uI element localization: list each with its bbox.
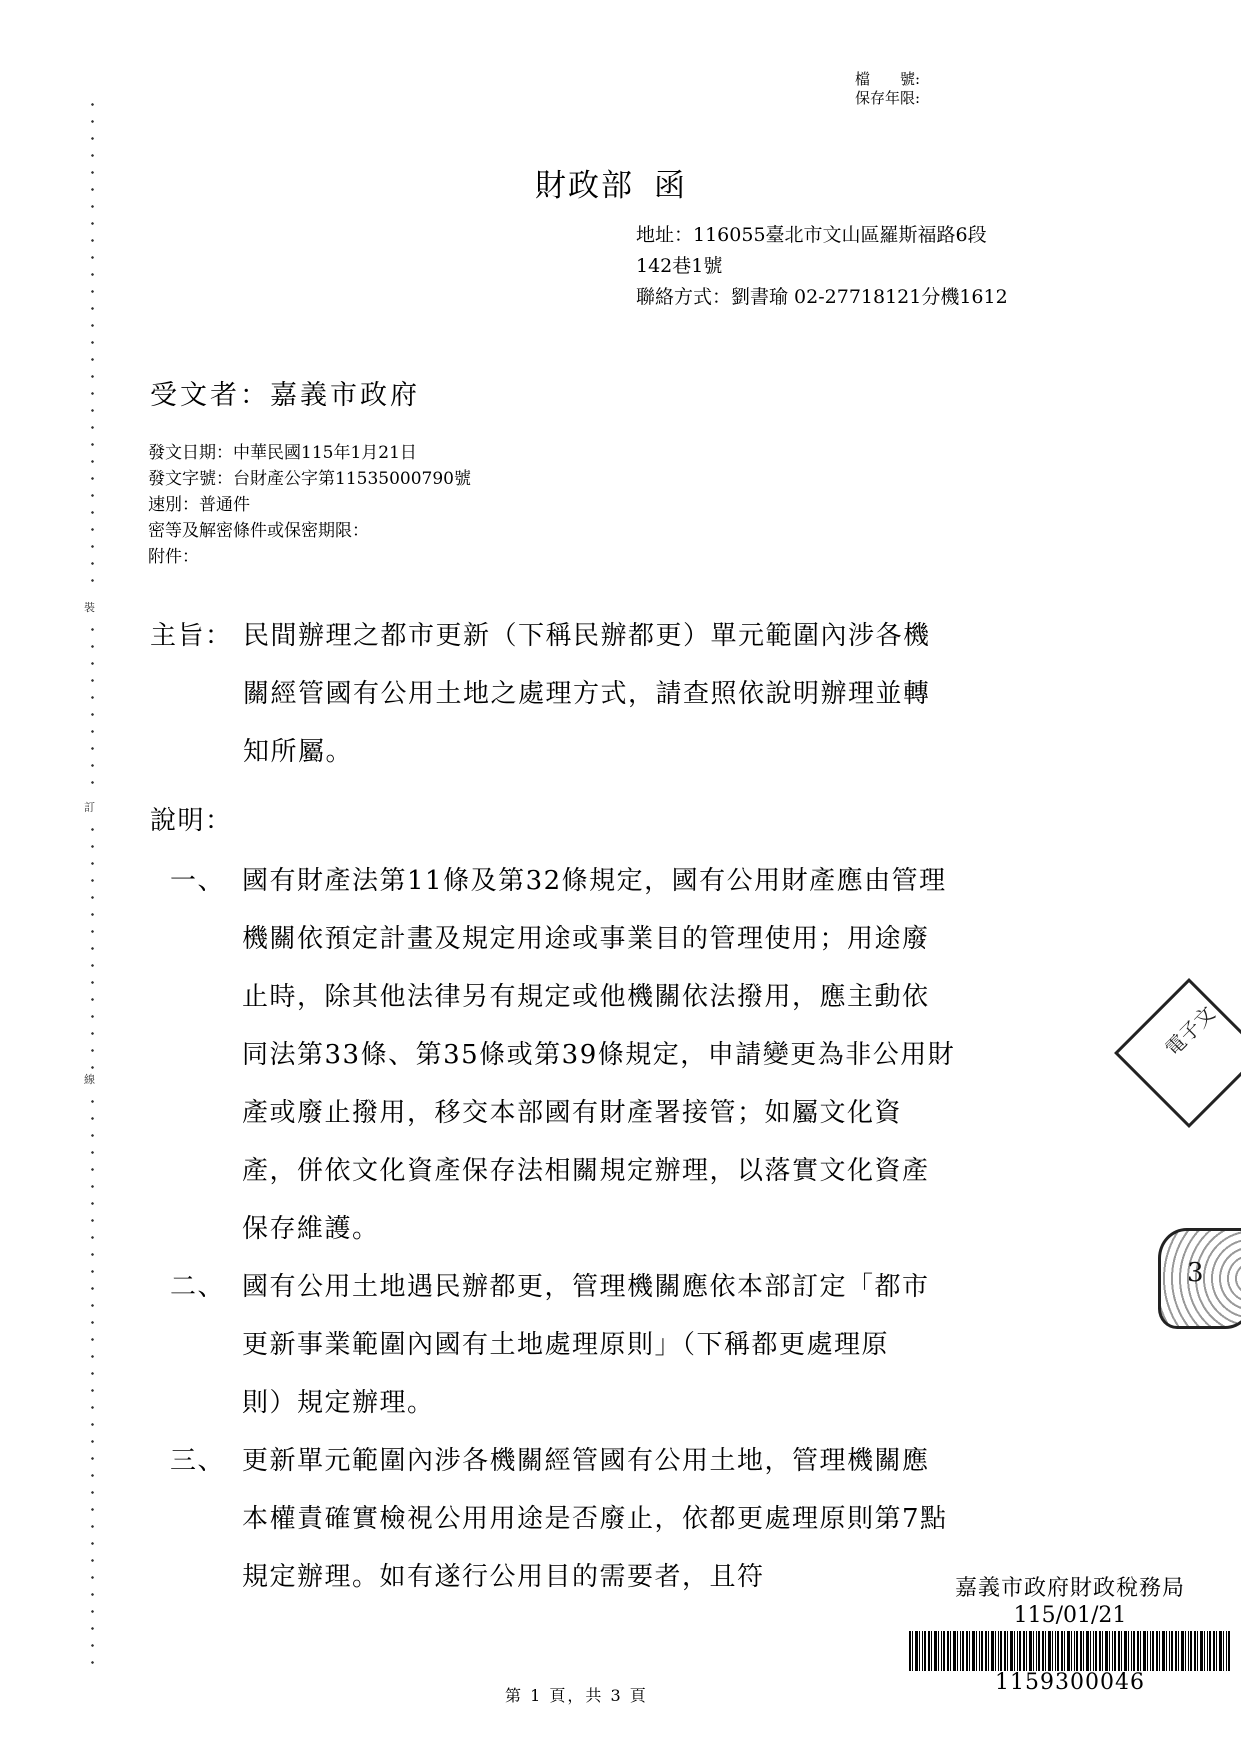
file-metadata: 檔 號: 保存年限: xyxy=(855,70,920,108)
recipient: 受文者：嘉義市政府 xyxy=(150,373,420,412)
issue-date: 發文日期：中華民國115年1月21日 xyxy=(148,440,471,466)
item-line: 產或廢止撥用，移交本部國有財產署接管；如屬文化資 xyxy=(242,1092,902,1129)
item-line: 更新單元範圍內涉各機關經管國有公用土地，管理機關應 xyxy=(242,1440,930,1477)
item-line: 規定辦理。如有遂行公用目的需要者，且符 xyxy=(242,1556,765,1593)
sender-address-line1: 地址：116055臺北市文山區羅斯福路6段 xyxy=(636,220,1008,251)
attachments: 附件： xyxy=(148,544,471,570)
subject-label: 主旨： xyxy=(150,615,233,652)
barcode-number: 1159300046 xyxy=(905,1671,1235,1695)
item-line: 更新事業範圍內國有土地處理原則」（下稱都更處理原 xyxy=(242,1324,889,1361)
classification: 密等及解密條件或保密期限： xyxy=(148,518,471,544)
document-type: 函 xyxy=(654,168,687,204)
file-number-label: 檔 號: xyxy=(855,70,920,89)
binding-dotted-line xyxy=(91,96,94,596)
recipient-label: 受文者： xyxy=(150,380,270,411)
subject-line: 民間辦理之都市更新（下稱民辦都更）單元範圍內涉各機 xyxy=(243,615,931,652)
item-number: 三、 xyxy=(170,1440,225,1477)
binding-dotted-line xyxy=(91,621,94,796)
sender-info: 地址：116055臺北市文山區羅斯福路6段 142巷1號 聯絡方式：劉書瑜 02… xyxy=(636,220,1008,313)
subject-line: 知所屬。 xyxy=(243,731,353,768)
item-line: 國有公用土地遇民辦都更，管理機關應依本部訂定「都市 xyxy=(242,1266,930,1303)
item-line: 則）規定辦理。 xyxy=(242,1382,435,1419)
item-line: 保存維護。 xyxy=(242,1208,380,1245)
item-line: 機關依預定計畫及規定用途或事業目的管理使用；用途廢 xyxy=(242,918,930,955)
barcode-icon xyxy=(909,1631,1231,1671)
item-line: 產，併依文化資產保存法相關規定辦理，以落實文化資產 xyxy=(242,1150,930,1187)
item-line: 國有財產法第11條及第32條規定，國有公用財產應由管理 xyxy=(242,860,947,897)
priority: 速別：普通件 xyxy=(148,492,471,518)
binding-dotted-line xyxy=(91,1093,94,1673)
receipt-stamp: 嘉義市政府財政稅務局 115/01/21 1159300046 xyxy=(905,1575,1235,1695)
binding-dotted-line xyxy=(91,821,94,1071)
binding-margin: 裝 訂 線 xyxy=(86,96,100,1676)
receipt-org: 嘉義市政府財政稅務局 xyxy=(905,1575,1235,1603)
recipient-name: 嘉義市政府 xyxy=(270,380,420,411)
sender-address-line2: 142巷1號 xyxy=(636,251,1008,282)
reference-number: 發文字號：台財產公字第11535000790號 xyxy=(148,466,471,492)
binding-mark-line: 線 xyxy=(84,1073,95,1087)
receipt-date: 115/01/21 xyxy=(905,1603,1235,1629)
document-title: 財政部函 xyxy=(535,160,687,205)
explanation-label: 說明： xyxy=(150,800,233,837)
item-number: 二、 xyxy=(170,1266,225,1303)
sender-contact: 聯絡方式：劉書瑜 02-27718121分機1612 xyxy=(636,282,1008,313)
retention-period-label: 保存年限: xyxy=(855,89,920,108)
item-line: 止時，除其他法律另有規定或他機關依法撥用，應主動依 xyxy=(242,976,930,1013)
binding-mark-staple: 訂 xyxy=(84,801,95,815)
item-number: 一、 xyxy=(170,860,225,897)
issuing-agency: 財政部 xyxy=(535,168,634,204)
binding-mark-bind: 裝 xyxy=(84,601,95,615)
page-indicator: 第 1 頁，共 3 頁 xyxy=(505,1683,648,1706)
document-metadata: 發文日期：中華民國115年1月21日 發文字號：台財產公字第1153500079… xyxy=(148,440,471,570)
item-line: 同法第33條、第35條或第39條規定，申請變更為非公用財 xyxy=(242,1034,955,1071)
seal-number: 3 xyxy=(1187,1258,1204,1288)
item-line: 本權責確實檢視公用用途是否廢止，依都更處理原則第7點 xyxy=(242,1498,948,1535)
subject-line: 關經管國有公用土地之處理方式，請查照依說明辦理並轉 xyxy=(243,673,931,710)
